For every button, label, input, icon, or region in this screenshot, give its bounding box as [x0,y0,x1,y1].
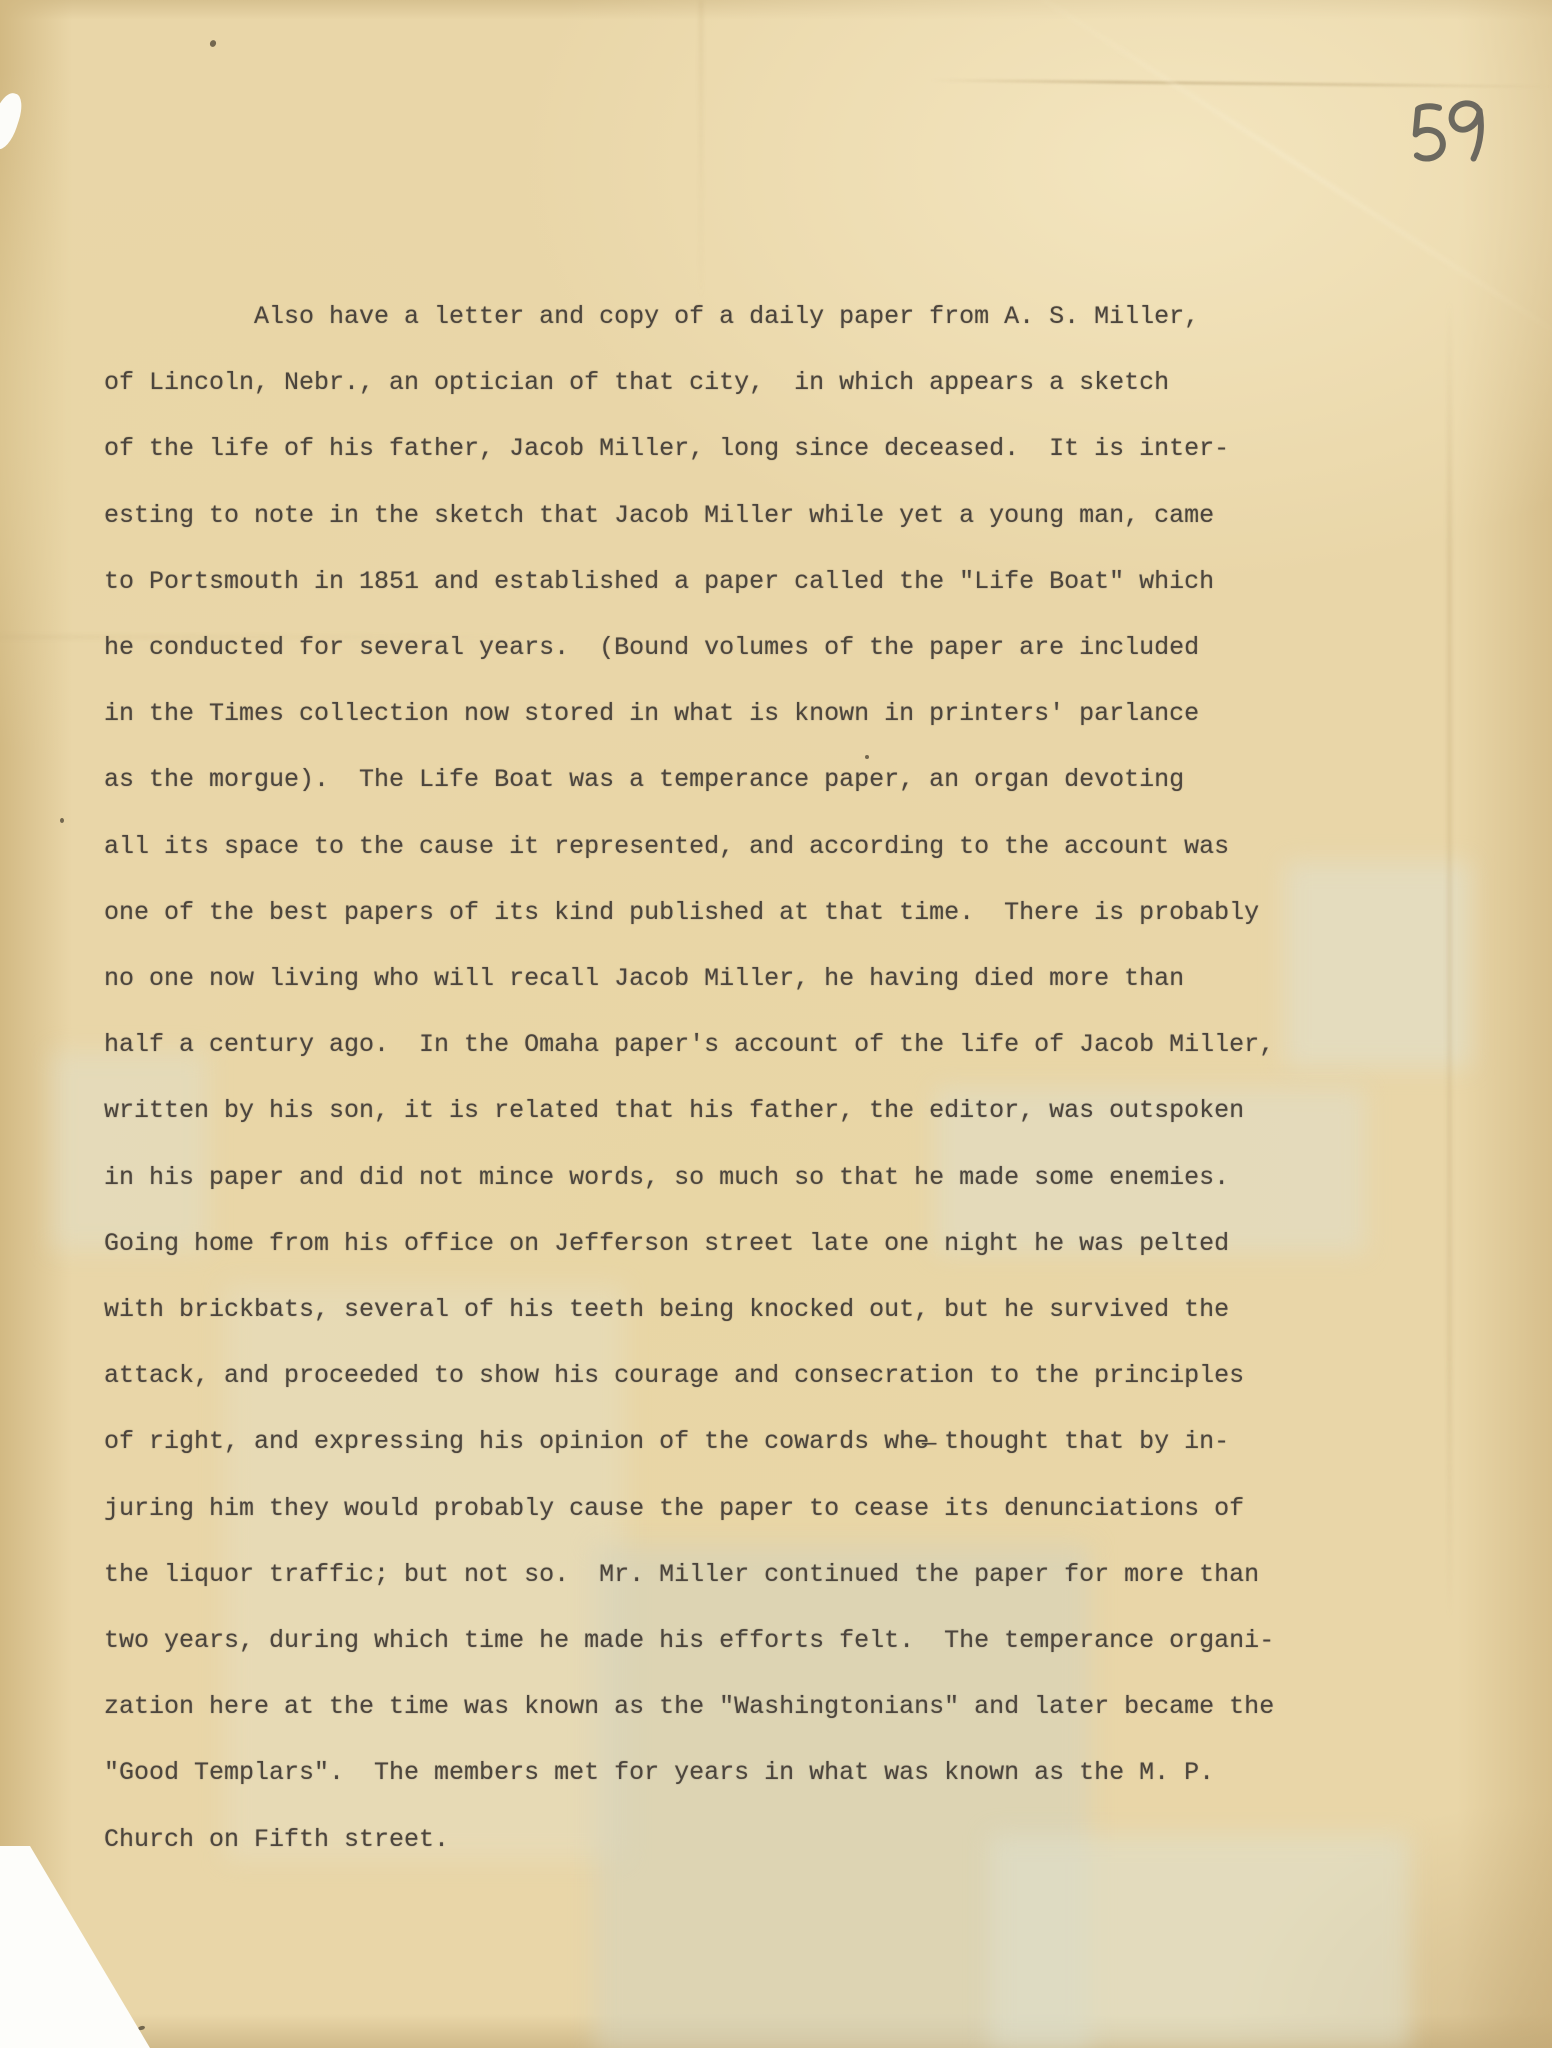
text-line: as the morgue). The Life Boat was a temp… [104,747,1274,813]
text-line: two years, during which time he made his… [104,1608,1274,1674]
crease-line [1448,300,1451,1620]
text-line: with brickbats, several of his teeth bei… [104,1277,1274,1343]
text-line: half a century ago. In the Omaha paper's… [104,1012,1274,1078]
page-number [1404,87,1512,183]
text-line: esting to note in the sketch that Jacob … [104,483,1274,549]
digit-5-stroke [1412,105,1444,160]
text-line: of right, and expressing his opinion of … [104,1409,1274,1475]
torn-corner [0,1846,150,2048]
stain-patch [1285,862,1470,1067]
text-line: no one now living who will recall Jacob … [104,946,1274,1012]
text-line: Also have a letter and copy of a daily p… [104,284,1274,350]
text-line: the liquor traffic; but not so. Mr. Mill… [104,1542,1274,1608]
text-line: of Lincoln, Nebr., an optician of that c… [104,350,1274,416]
handwritten-59-glyph [1404,87,1512,183]
text-line: Church on Fifth street. [104,1807,1274,1873]
text-line: juring him they would probably cause the… [104,1476,1274,1542]
text-line: in his paper and did not mince words, so… [104,1145,1274,1211]
scanned-page: Also have a letter and copy of a daily p… [0,0,1552,2048]
text-line: of the life of his father, Jacob Miller,… [104,416,1274,482]
text-line: zation here at the time was known as the… [104,1674,1274,1740]
digit-9-stroke [1450,102,1485,160]
text-line: "Good Templars". The members met for yea… [104,1740,1274,1806]
text-line: one of the best papers of its kind publi… [104,880,1274,946]
text-line: all its space to the cause it represente… [104,814,1274,880]
typewritten-text: Also have a letter and copy of a daily p… [104,284,1274,1873]
crease-line [930,79,1550,88]
edge-nick [0,90,26,153]
text-line: he conducted for several years. (Bound v… [104,615,1274,681]
paper-sheet: Also have a letter and copy of a daily p… [0,0,1552,2048]
ink-speck [209,39,217,48]
ink-speck [60,818,64,823]
crease-line [700,0,702,300]
text-line: written by his son, it is related that h… [104,1078,1274,1144]
text-line: attack, and proceeded to show his courag… [104,1343,1274,1409]
text-line: in the Times collection now stored in wh… [104,681,1274,747]
text-line: to Portsmouth in 1851 and established a … [104,549,1274,615]
text-line: Going home from his office on Jefferson … [104,1211,1274,1277]
